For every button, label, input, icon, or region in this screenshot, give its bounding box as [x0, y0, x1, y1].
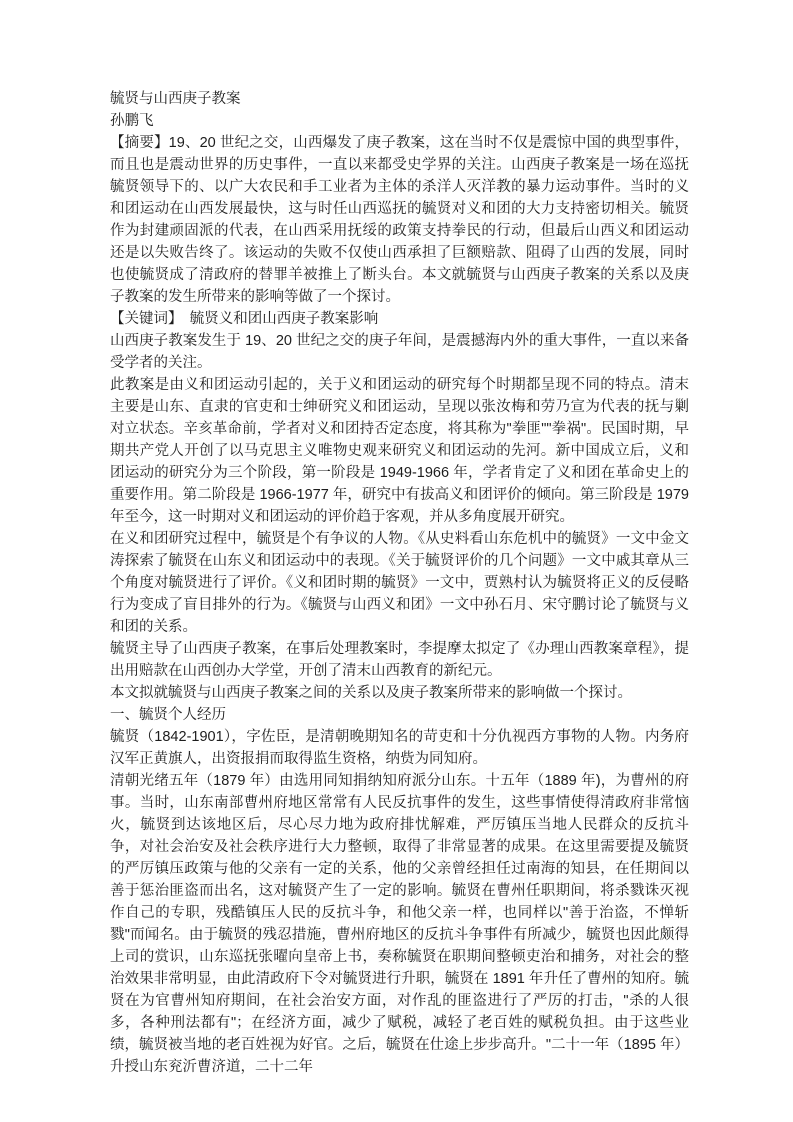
doc-author: 孙鹏飞 [110, 110, 689, 132]
section-paragraph-2: 清朝光绪五年（1879 年）由选用同知捐纳知府派分山东。十五年（1889 年)，… [110, 770, 689, 1078]
body-paragraph-2: 此教案是由义和团运动引起的，关于义和团运动的研究每个时期都呈现不同的特点。清末主… [110, 374, 689, 528]
document-content: 毓贤与山西庚子教案 孙鹏飞 【摘要】19、20 世纪之交，山西爆发了庚子教案，这… [110, 88, 689, 1078]
body-paragraph-5: 本文拟就毓贤与山西庚子教案之间的关系以及庚子教案所带来的影响做一个探讨。 [110, 682, 689, 704]
abstract-paragraph: 【摘要】19、20 世纪之交，山西爆发了庚子教案，这在当时不仅是震惊中国的典型事… [110, 132, 689, 308]
keywords-line: 【关键词】 毓贤义和团山西庚子教案影响 [110, 308, 689, 330]
body-paragraph-4: 毓贤主导了山西庚子教案，在事后处理教案时，李提摩太拟定了《办理山西教案章程》，提… [110, 638, 689, 682]
body-paragraph-1: 山西庚子教案发生于 19、20 世纪之交的庚子年间，是震撼海内外的重大事件，一直… [110, 330, 689, 374]
section-heading: 一、毓贤个人经历 [110, 704, 689, 726]
document-page: 毓贤与山西庚子教案 孙鹏飞 【摘要】19、20 世纪之交，山西爆发了庚子教案，这… [0, 0, 793, 1122]
doc-title: 毓贤与山西庚子教案 [110, 88, 689, 110]
body-paragraph-3: 在义和团研究过程中，毓贤是个有争议的人物。《从史料看山东危机中的毓贤》一文中金文… [110, 528, 689, 638]
section-paragraph-1: 毓贤（1842-1901），字佐臣，是清朝晚期知名的苛吏和十分仇视西方事物的人物… [110, 726, 689, 770]
